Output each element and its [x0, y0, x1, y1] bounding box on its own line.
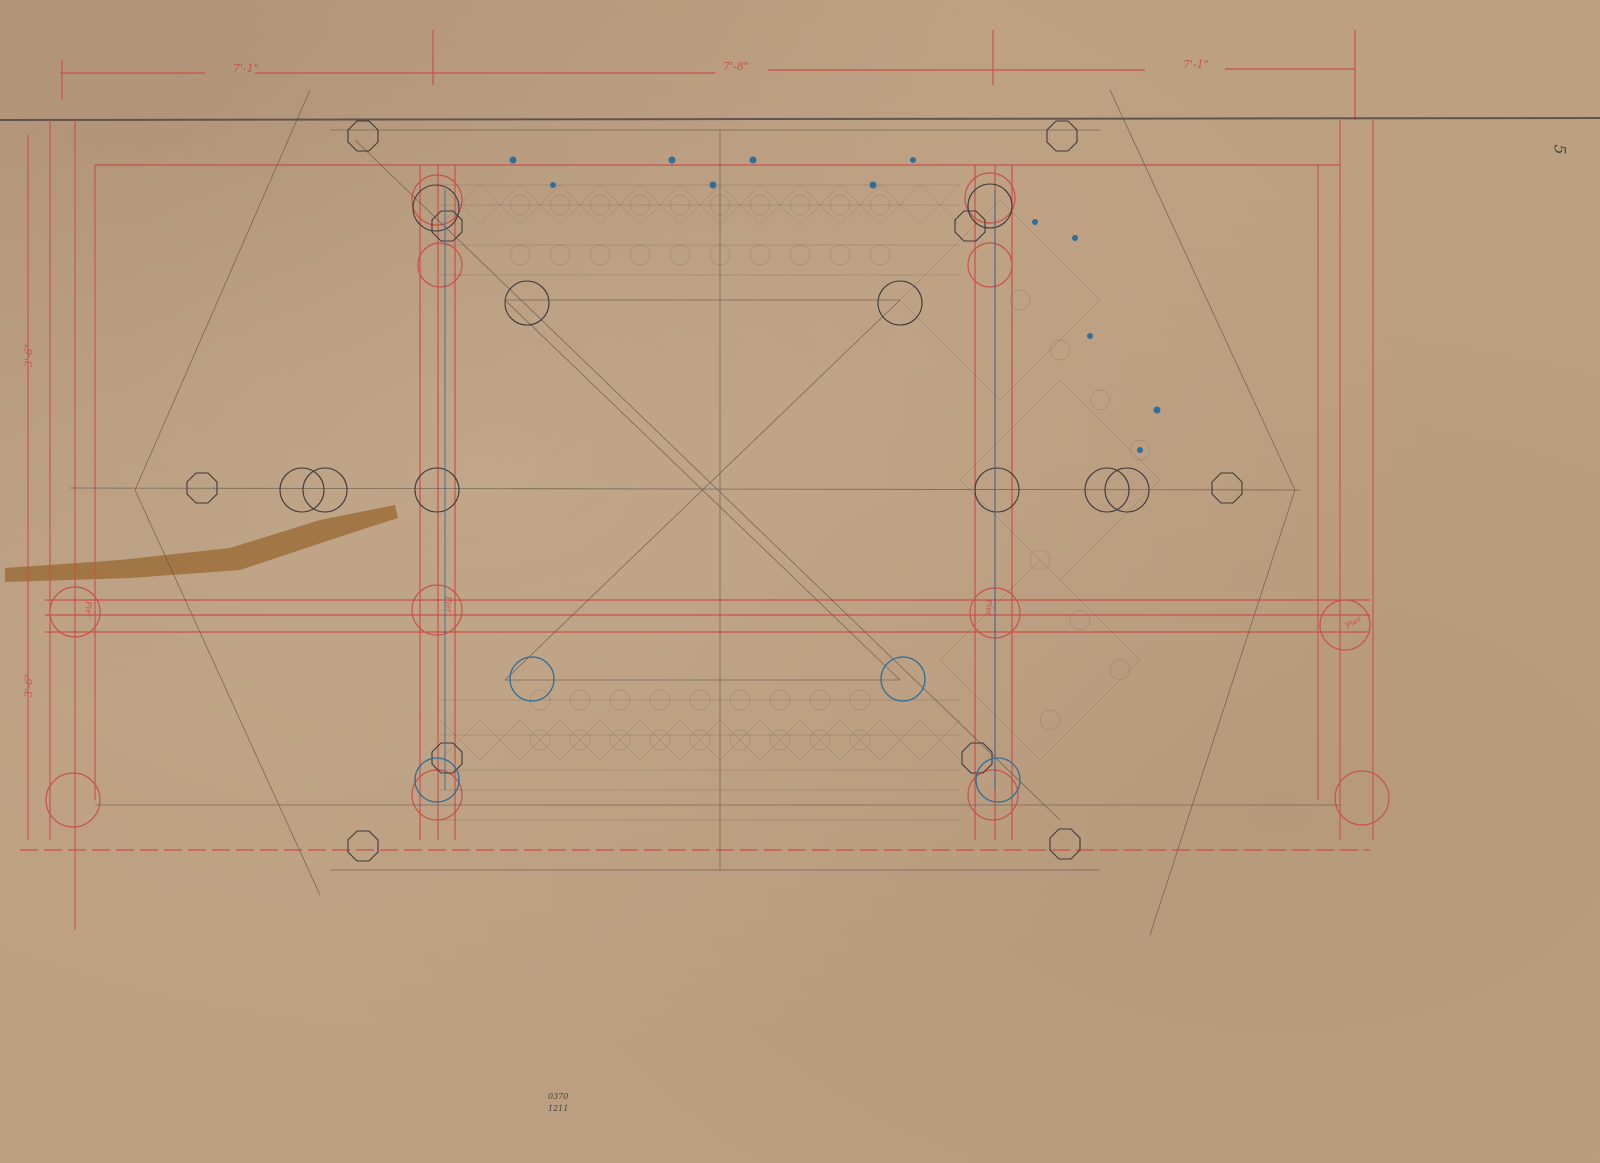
drawing-sheet: 7'-1" 7'-8" 7'-1" 3'-6" 3'-6" Pier Pier … — [0, 0, 1600, 1163]
torn-tape-mark — [5, 505, 398, 582]
left-dimension-lines — [28, 120, 1373, 930]
catalog-mark-line1: 0370 — [548, 1092, 568, 1101]
column-markers — [187, 121, 1242, 861]
blue-column-markers — [415, 190, 1020, 802]
dimension-label: 3'-6" — [24, 674, 35, 697]
column-label: Pier — [84, 601, 93, 618]
dimension-label: 3'-6" — [24, 344, 35, 367]
dimension-label: 7'-1" — [233, 62, 259, 75]
column-label: Pier — [984, 599, 993, 616]
plan-drawing — [0, 0, 1600, 1163]
column-label: Pier — [444, 596, 453, 613]
top-dimension-lines — [60, 30, 1355, 120]
blue-dots — [510, 157, 1161, 454]
lattice-pattern — [440, 185, 960, 820]
catalog-mark-line2: 1211 — [548, 1104, 568, 1113]
dimension-label: 7'-8" — [723, 60, 749, 73]
red-grid — [45, 165, 1389, 840]
construction-lines — [70, 90, 1340, 935]
dimension-label: 7'-1" — [1183, 58, 1209, 71]
corner-mark: 5 — [1551, 144, 1570, 154]
